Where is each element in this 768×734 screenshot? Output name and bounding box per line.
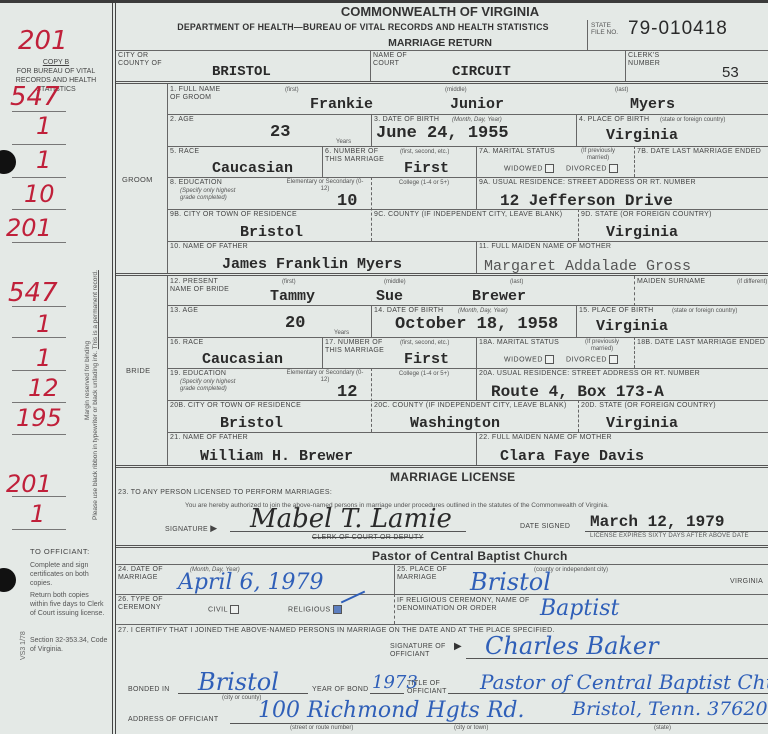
groom-age: 23: [270, 123, 290, 142]
divider: [167, 84, 168, 274]
bride-middle-name: Sue: [376, 288, 403, 305]
years-label: Years: [336, 139, 351, 146]
groom-city-label: 9b. CITY OR TOWN OF RESIDENCE: [170, 211, 297, 219]
bride-state: Virginia: [606, 415, 678, 432]
divider: [167, 177, 768, 178]
divider: [167, 146, 768, 147]
certificate-section-title: Pastor of Central Baptist Church: [372, 549, 568, 563]
clerk-number-label: CLERK'S NUMBER: [628, 52, 688, 68]
divider: [167, 400, 768, 401]
middle-hint: (middle): [384, 279, 406, 286]
bride-mother: Clara Faye Davis: [500, 448, 644, 465]
divider: [578, 209, 579, 241]
address-line: [230, 723, 768, 724]
bride-last-name: Brewer: [472, 288, 526, 305]
groom-city: Bristol: [240, 224, 303, 241]
margin-rule: [12, 306, 66, 307]
bride-divorced-option[interactable]: DIVORCED: [566, 355, 618, 364]
marriage-date-label: 24. DATE OF MARRIAGE: [118, 566, 178, 582]
date-signed: March 12, 1979: [590, 513, 724, 531]
civil-label: CIVIL: [208, 606, 228, 613]
groom-father-label: 10. NAME OF FATHER: [170, 243, 248, 251]
state-hint: (state): [654, 725, 671, 732]
marital-hint: (If previously married): [570, 148, 626, 162]
divorced-label: DIVORCED: [566, 356, 607, 363]
copy-label: COPY B: [4, 58, 108, 67]
divider: [116, 273, 768, 276]
bride-race-label: 16. RACE: [170, 339, 204, 347]
groom-mother-label: 11. FULL MAIDEN NAME OF MOTHER: [479, 243, 611, 251]
divider: [576, 305, 577, 337]
groom-last-marriage-label: 7b. DATE LAST MARRIAGE ENDED: [637, 148, 761, 156]
denomination-label: IF RELIGIOUS CEREMONY, NAME OF DENOMINAT…: [397, 597, 547, 613]
divider: [116, 594, 768, 595]
widowed-checkbox[interactable]: [545, 355, 554, 364]
divider: [394, 594, 395, 624]
bride-mother-label: 22. FULL MAIDEN NAME OF MOTHER: [479, 434, 612, 442]
divider: [371, 305, 372, 337]
marriage-place: Bristol: [470, 568, 551, 596]
college-label: College (1-4 or 5+): [394, 180, 454, 187]
groom-widowed-option[interactable]: WIDOWED: [504, 164, 554, 173]
divider: [371, 114, 372, 146]
elementary-label: Elementary or Secondary (0-12): [284, 370, 366, 384]
groom-dob: June 24, 1955: [376, 124, 509, 143]
margin-code: 547: [8, 278, 58, 308]
marriage-place-label: 25. PLACE OF MARRIAGE: [397, 566, 457, 582]
state-file-label: STATE FILE NO.: [591, 22, 619, 36]
civil-checkbox[interactable]: [230, 605, 239, 614]
arrow-right-icon: ▶: [210, 523, 217, 533]
license-section-title: MARRIAGE LICENSE: [390, 470, 515, 484]
margin-code: 1: [36, 310, 51, 338]
pob-hint: (state or foreign country): [660, 117, 725, 124]
margin-rule: [12, 496, 66, 497]
court-value: CIRCUIT: [452, 64, 511, 80]
city-county-label: CITY OR COUNTY OF: [118, 52, 178, 68]
denomination: Baptist: [540, 596, 619, 621]
state-file-number: 79-010418: [628, 18, 728, 40]
marriage-state: VIRGINIA: [730, 578, 763, 586]
signer-role: CLERK OF COURT OR DEPUTY: [312, 534, 424, 541]
divider: [394, 564, 395, 594]
bride-county-label: 20c. COUNTY (if independent city, leave …: [374, 402, 567, 410]
arrow-right-icon: ▶: [454, 641, 462, 652]
dob-hint: (Month, Day, Year): [458, 308, 508, 315]
bride-maiden-label: MAIDEN SURNAME: [637, 278, 705, 286]
religious-option[interactable]: RELIGIOUS: [288, 605, 342, 614]
bride-county: Washington: [410, 415, 500, 432]
groom-age-label: 2. AGE: [170, 116, 194, 124]
divider: [476, 177, 477, 209]
bride-pob: Virginia: [596, 318, 668, 335]
divider: [167, 241, 768, 242]
form-id: VS3 1/78: [20, 631, 27, 660]
divider: [116, 81, 768, 84]
divider: [322, 337, 323, 368]
middle-hint: (middle): [445, 87, 467, 94]
officiant-title: Pastor of Central Baptist Church: [480, 670, 768, 694]
document-title: COMMONWEALTH OF VIRGINIA: [280, 4, 600, 19]
groom-dob-label: 3. DATE OF BIRTH: [374, 116, 439, 124]
last-hint: (last): [615, 87, 628, 94]
bonded-in: Bristol: [198, 668, 279, 696]
groom-residence-label: 9a. USUAL RESIDENCE: STREET ADDRESS OR R…: [479, 179, 696, 187]
first-hint: (first): [282, 279, 296, 286]
marriage-return-document: 201 COPY B FOR BUREAU OF VITAL RECORDS A…: [0, 0, 768, 734]
divider: [634, 146, 635, 177]
margin-code: 195: [16, 404, 62, 432]
divider: [476, 146, 477, 177]
religious-checkbox-checked[interactable]: [333, 605, 342, 614]
license-to-label: 23. TO ANY PERSON LICENSED TO PERFORM MA…: [118, 489, 332, 497]
groom-middle-name: Junior: [450, 96, 504, 113]
margin-code: 1: [36, 344, 51, 372]
divider: [116, 564, 768, 565]
bond-year-line: [370, 693, 404, 694]
officiant-street: 100 Richmond Hgts Rd.: [258, 698, 524, 723]
groom-father: James Franklin Myers: [222, 256, 402, 273]
margin-rule: [12, 529, 66, 530]
court-label: NAME OF COURT: [373, 52, 423, 68]
divider: [167, 337, 768, 338]
widowed-label: WIDOWED: [504, 165, 543, 172]
street-hint: (street or route number): [290, 725, 353, 732]
widowed-label: WIDOWED: [504, 356, 543, 363]
bride-residence: Route 4, Box 173-A: [491, 383, 664, 401]
bride-marital-status-label: 18a. MARITAL STATUS: [479, 339, 559, 347]
education-hint: (Specify only highest grade completed): [180, 188, 244, 202]
date-line: [585, 531, 768, 532]
officiant-title-label: TITLE OF OFFICIANT: [407, 680, 447, 696]
divider: [116, 624, 768, 625]
divider: [322, 146, 323, 177]
margin-code: 201: [6, 214, 52, 242]
margin-rule: [12, 434, 66, 435]
education-hint: (Specify only highest grade completed): [180, 379, 244, 393]
bride-widowed-option[interactable]: WIDOWED: [504, 355, 554, 364]
last-hint: (last): [510, 279, 523, 286]
bride-section-label: BRIDE: [126, 367, 150, 375]
divider: [576, 114, 577, 146]
margin-code: 1: [30, 500, 45, 528]
ceremony-type-label: 26. TYPE OF CEREMONY: [118, 596, 178, 612]
divider: [476, 368, 477, 400]
city-hint: (city or town): [454, 725, 488, 732]
bride-first-name: Tammy: [270, 288, 315, 305]
divider: [634, 276, 635, 306]
officiant-address-label: ADDRESS OF OFFICIANT: [128, 716, 218, 724]
bride-pob-label: 15. PLACE OF BIRTH: [579, 307, 654, 315]
groom-last-name: Myers: [630, 96, 675, 113]
divider: [476, 241, 477, 273]
clerk-signature: Mabel T. Lamie: [250, 504, 452, 534]
marriage-date: April 6, 1979: [178, 570, 324, 595]
divorced-label: DIVORCED: [566, 165, 607, 172]
bride-dob-label: 14. DATE OF BIRTH: [374, 307, 443, 315]
bride-race: Caucasian: [202, 351, 283, 368]
divider: [167, 305, 768, 306]
first-hint: (first): [285, 87, 299, 94]
margin-rule: [12, 177, 66, 178]
margin-reserved-note: Margin reserved for binding: [84, 220, 91, 420]
form-title: MARRIAGE RETURN: [330, 37, 550, 49]
divider: [167, 368, 768, 369]
groom-section-label: GROOM: [122, 176, 153, 184]
signature-label-text: SIGNATURE: [165, 526, 208, 533]
marital-hint: (If previously married): [574, 339, 630, 353]
groom-residence: 12 Jefferson Drive: [500, 192, 673, 210]
punch-hole: [0, 150, 16, 174]
divider: [587, 20, 588, 50]
to-officiant-title: TO OFFICIANT:: [30, 547, 90, 556]
groom-divorced-option[interactable]: DIVORCED: [566, 164, 618, 173]
groom-education-label: 8. EDUCATION: [170, 179, 222, 187]
officiant-city: Bristol, Tenn. 37620: [572, 698, 768, 720]
margin-code: 12: [28, 374, 59, 402]
bride-age: 20: [285, 314, 305, 333]
permanent-record-note: This is a permanent record.: [92, 270, 99, 349]
bride-name-label: 12. PRESENT NAME OF BRIDE: [170, 278, 230, 294]
elementary-label: Elementary or Secondary (0-12): [284, 179, 366, 193]
divider: [476, 432, 477, 465]
bonded-hint: (city or county): [222, 695, 261, 702]
groom-state-label: 9d. STATE (OR FOREIGN COUNTRY): [581, 211, 712, 219]
section-reference: Section 32-353.34, Code of Virginia.: [30, 636, 110, 654]
margin-code: 201: [18, 26, 68, 56]
to-officiant-instruction-1: Complete and sign certificates on both c…: [30, 561, 108, 588]
binding-note: Please use black ribbon in typewriter or…: [92, 220, 99, 520]
check-mark: [341, 591, 365, 604]
marriage-number-hint: (first, second, etc.): [400, 149, 449, 156]
form-border-left: [112, 3, 113, 734]
clerk-number-value: 53: [722, 64, 739, 81]
bride-father-label: 21. NAME OF FATHER: [170, 434, 248, 442]
groom-pob-label: 4. PLACE OF BIRTH: [579, 116, 649, 124]
divorced-checkbox[interactable]: [609, 355, 618, 364]
bride-education-label: 19. EDUCATION: [170, 370, 226, 378]
punch-hole: [0, 568, 16, 592]
groom-race: Caucasian: [212, 160, 293, 177]
divider: [578, 400, 579, 432]
divider: [167, 432, 768, 433]
bride-city-label: 20b. CITY OR TOWN OF RESIDENCE: [170, 402, 301, 410]
groom-race-label: 5. RACE: [170, 148, 199, 156]
groom-pob: Virginia: [606, 127, 678, 144]
bride-marriage-number: First: [404, 351, 449, 368]
groom-county-label: 9c. COUNTY (if independent city, leave b…: [374, 211, 562, 219]
groom-marriage-number-label: 6. NUMBER OF THIS MARRIAGE: [325, 148, 395, 164]
bride-last-marriage-label: 18b. DATE LAST MARRIAGE ENDED: [637, 339, 765, 347]
divider: [116, 545, 768, 548]
department-name: DEPARTMENT OF HEALTH—BUREAU OF VITAL REC…: [138, 22, 588, 32]
bride-dob: October 18, 1958: [395, 315, 558, 334]
groom-name-label: 1. FULL NAME OF GROOM: [170, 86, 230, 102]
bride-city: Bristol: [220, 415, 283, 432]
margin-code: 1: [36, 146, 51, 174]
groom-marital-status-label: 7a. MARITAL STATUS: [479, 148, 555, 156]
bride-residence-label: 20a. USUAL RESIDENCE: STREET ADDRESS OR …: [479, 370, 700, 378]
divider: [116, 465, 768, 468]
margin-rule: [12, 370, 66, 371]
divider: [370, 50, 371, 82]
divider: [167, 114, 768, 115]
years-label: Years: [334, 330, 349, 337]
civil-option[interactable]: CIVIL: [208, 605, 239, 614]
bride-state-label: 20d. STATE (OR FOREIGN COUNTRY): [581, 402, 716, 410]
widowed-checkbox[interactable]: [545, 164, 554, 173]
ink-note: Please use black ribbon in typewriter or…: [92, 351, 99, 520]
college-label: College (1-4 or 5+): [394, 371, 454, 378]
marriage-number-hint: (first, second, etc.): [400, 340, 449, 347]
bride-father: William H. Brewer: [200, 448, 353, 465]
bride-marriage-number-label: 17. NUMBER OF THIS MARRIAGE: [325, 339, 395, 355]
city-county-value: BRISTOL: [212, 64, 271, 80]
margin-rule: [12, 242, 66, 243]
signature-label: SIGNATURE ▶: [165, 524, 218, 534]
religious-label: RELIGIOUS: [288, 606, 331, 613]
margin-rule: [12, 337, 66, 338]
to-officiant-instruction-2: Return both copies within five days to C…: [30, 591, 108, 618]
margin-code: 201: [6, 470, 52, 498]
divider: [116, 50, 768, 51]
divider: [476, 337, 477, 368]
groom-first-name: Frankie: [310, 96, 373, 113]
date-signed-label: DATE SIGNED: [520, 523, 570, 531]
divider: [167, 209, 768, 210]
maiden-hint: (if different): [737, 279, 767, 286]
officiant-signature: Charles Baker: [485, 632, 659, 660]
margin-rule: [12, 209, 66, 210]
groom-marriage-number: First: [404, 160, 449, 177]
pob-hint: (state or foreign country): [672, 308, 737, 315]
groom-state: Virginia: [606, 224, 678, 241]
license-expiry-note: LICENSE EXPIRES SIXTY DAYS AFTER ABOVE D…: [590, 533, 749, 539]
officiant-signature-label: SIGNATURE OF OFFICIANT: [390, 643, 450, 659]
divorced-checkbox[interactable]: [609, 164, 618, 173]
bride-age-label: 13. AGE: [170, 307, 198, 315]
bonded-in-label: BONDED IN: [128, 686, 170, 694]
margin-code: 1: [36, 112, 51, 140]
margin-code: 10: [24, 180, 55, 208]
dob-hint: (Month, Day, Year): [452, 117, 502, 124]
margin-rule: [12, 144, 66, 145]
divider: [634, 337, 635, 368]
divider: [625, 50, 626, 82]
margin-rule: [12, 402, 66, 403]
bond-year-label: YEAR OF BOND: [312, 686, 369, 694]
margin-code: 547: [10, 82, 60, 112]
